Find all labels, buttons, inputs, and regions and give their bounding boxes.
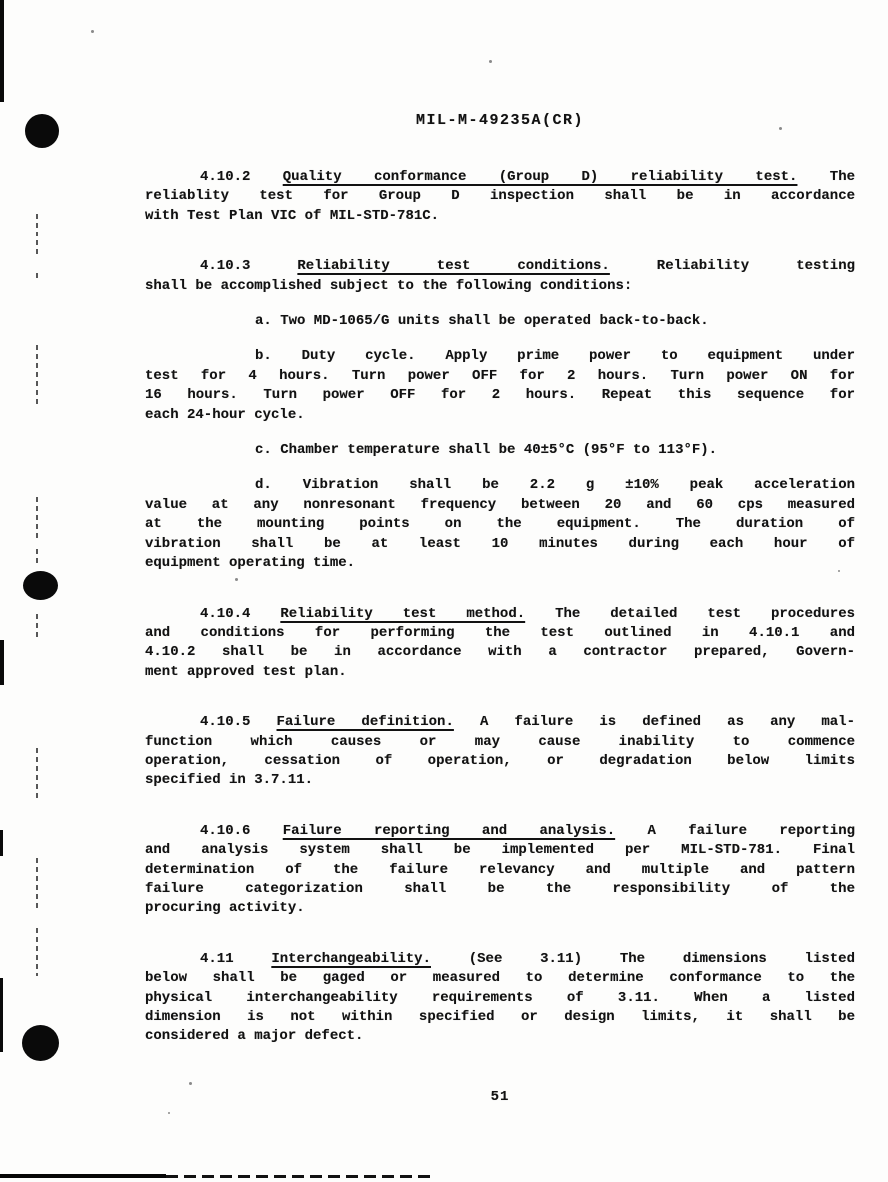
underlined-heading-text: Reliability test conditions.: [297, 258, 609, 274]
body-text: shall be accomplished subject to the fol…: [145, 278, 632, 294]
margin-tick: [36, 928, 38, 976]
underlined-heading-text: Quality conformance (Group D) reliabilit…: [283, 169, 798, 185]
body-text: ment approved test plan.: [145, 664, 347, 680]
text-line: vibration shall be at least 10 minutes d…: [145, 535, 855, 554]
scan-speck: [838, 570, 840, 572]
scan-speck: [235, 578, 238, 581]
text-line: ment approved test plan.: [145, 663, 855, 682]
document-page: MIL-M-49235A(CR) 4.10.2 Quality conforma…: [0, 0, 888, 1182]
scan-speck: [779, 127, 782, 130]
paragraph: a. Two MD-1065/G units shall be operated…: [145, 312, 855, 331]
page-edge-mark: [0, 0, 4, 102]
body-text: determination of the failure relevancy a…: [145, 862, 855, 878]
paragraph: 4.11 Interchangeability. (See 3.11) The …: [145, 950, 855, 1047]
body-text: reliablity test for Group D inspection s…: [145, 188, 855, 204]
text-line: reliablity test for Group D inspection s…: [145, 187, 855, 206]
body-text: Reliability testing: [610, 258, 855, 274]
page-edge-mark: [0, 978, 3, 1052]
body-text: 16 hours. Turn power OFF for 2 hours. Re…: [145, 387, 855, 403]
text-line: with Test Plan VIC of MIL-STD-781C.: [145, 207, 855, 226]
text-line: c. Chamber temperature shall be 40±5°C (…: [145, 441, 855, 460]
text-line: below shall be gaged or measured to dete…: [145, 969, 855, 988]
margin-tick: [36, 497, 38, 539]
text-line: and conditions for performing the test o…: [145, 624, 855, 643]
paragraph: b. Duty cycle. Apply prime power to equi…: [145, 347, 855, 425]
body-text: (See 3.11) The dimensions listed: [431, 951, 855, 967]
text-line: dimension is not within specified or des…: [145, 1008, 855, 1027]
hole-punch-mark: [25, 114, 59, 148]
body-text: 4.10.2 shall be in accordance with a con…: [145, 644, 855, 660]
text-line: 4.11 Interchangeability. (See 3.11) The …: [145, 950, 855, 969]
text-line: 4.10.2 shall be in accordance with a con…: [145, 643, 855, 662]
page-edge-mark: [0, 830, 3, 856]
paragraph: 4.10.5 Failure definition. A failure is …: [145, 713, 855, 791]
margin-tick: [36, 240, 38, 254]
body-text: vibration shall be at least 10 minutes d…: [145, 536, 855, 552]
text-line: 4.10.5 Failure definition. A failure is …: [145, 713, 855, 732]
page-edge-mark: [0, 640, 4, 685]
text-line: procuring activity.: [145, 899, 855, 918]
text-line: d. Vibration shall be 2.2 g ±10% peak ac…: [145, 476, 855, 495]
paragraph: 4.10.2 Quality conformance (Group D) rel…: [145, 168, 855, 226]
text-line: test for 4 hours. Turn power OFF for 2 h…: [145, 367, 855, 386]
body-text: physical interchangeability requirements…: [145, 990, 855, 1006]
body-text: at the mounting points on the equipment.…: [145, 516, 855, 532]
body-text: 4.11: [200, 951, 271, 967]
scan-speck: [489, 60, 492, 63]
underlined-heading-text: Reliability test method.: [280, 606, 525, 622]
body-text: 4.10.5: [200, 714, 277, 730]
body-text: and analysis system shall be implemented…: [145, 842, 855, 858]
footer-rule-dashed: [166, 1175, 432, 1178]
text-line: 4.10.2 Quality conformance (Group D) rel…: [145, 168, 855, 187]
text-line: physical interchangeability requirements…: [145, 989, 855, 1008]
body-text: below shall be gaged or measured to dete…: [145, 970, 855, 986]
body-text: operation, cessation of operation, or de…: [145, 753, 855, 769]
text-line: 4.10.6 Failure reporting and analysis. A…: [145, 822, 855, 841]
scan-speck: [91, 30, 94, 33]
margin-tick: [36, 614, 38, 640]
text-line: considered a major defect.: [145, 1027, 855, 1046]
underlined-heading-text: Interchangeability.: [271, 951, 431, 967]
document-id-header: MIL-M-49235A(CR): [145, 111, 855, 131]
footer-rule-solid: [0, 1174, 166, 1178]
text-line: 4.10.4 Reliability test method. The deta…: [145, 605, 855, 624]
body-text: dimension is not within specified or des…: [145, 1009, 855, 1025]
body-text: a. Two MD-1065/G units shall be operated…: [255, 313, 709, 329]
paragraph: d. Vibration shall be 2.2 g ±10% peak ac…: [145, 476, 855, 573]
text-line: value at any nonresonant frequency betwe…: [145, 496, 855, 515]
paragraph: 4.10.6 Failure reporting and analysis. A…: [145, 822, 855, 919]
text-line: function which causes or may cause inabi…: [145, 733, 855, 752]
text-line: at the mounting points on the equipment.…: [145, 515, 855, 534]
body-text: 4.10.3: [200, 258, 297, 274]
body-text: test for 4 hours. Turn power OFF for 2 h…: [145, 368, 855, 384]
body-text: function which causes or may cause inabi…: [145, 734, 855, 750]
body-text: procuring activity.: [145, 900, 305, 916]
paragraph: 4.10.4 Reliability test method. The deta…: [145, 605, 855, 683]
underlined-heading-text: Failure reporting and analysis.: [283, 823, 615, 839]
body-text: The: [797, 169, 855, 185]
body-text: c. Chamber temperature shall be 40±5°C (…: [255, 442, 717, 458]
body-text: b. Duty cycle. Apply prime power to equi…: [255, 348, 855, 364]
text-line: 4.10.3 Reliability test conditions. Reli…: [145, 257, 855, 276]
body-text: failure categorization shall be the resp…: [145, 881, 855, 897]
text-line: a. Two MD-1065/G units shall be operated…: [145, 312, 855, 331]
body-text: A failure reporting: [615, 823, 855, 839]
body-text: and conditions for performing the test o…: [145, 625, 855, 641]
margin-tick: [36, 273, 38, 281]
text-line: b. Duty cycle. Apply prime power to equi…: [145, 347, 855, 366]
margin-tick: [36, 748, 38, 798]
scan-speck: [168, 1112, 170, 1114]
text-line: operation, cessation of operation, or de…: [145, 752, 855, 771]
page-content: MIL-M-49235A(CR) 4.10.2 Quality conforma…: [145, 0, 855, 1105]
text-line: specified in 3.7.11.: [145, 771, 855, 790]
text-line: shall be accomplished subject to the fol…: [145, 277, 855, 296]
text-line: failure categorization shall be the resp…: [145, 880, 855, 899]
body-text: 4.10.6: [200, 823, 283, 839]
body-text: considered a major defect.: [145, 1028, 363, 1044]
body-text: A failure is defined as any mal-: [454, 714, 855, 730]
body-text: 4.10.2: [200, 169, 283, 185]
body-text: with Test Plan VIC of MIL-STD-781C.: [145, 208, 439, 224]
page-number: 51: [145, 1089, 855, 1105]
body-text: specified in 3.7.11.: [145, 772, 313, 788]
hole-punch-mark: [22, 1025, 59, 1061]
body-text: value at any nonresonant frequency betwe…: [145, 497, 855, 513]
text-line: determination of the failure relevancy a…: [145, 861, 855, 880]
hole-punch-mark: [23, 571, 58, 600]
scan-speck: [189, 1082, 192, 1085]
body-text: d. Vibration shall be 2.2 g ±10% peak ac…: [255, 477, 855, 493]
text-line: 16 hours. Turn power OFF for 2 hours. Re…: [145, 386, 855, 405]
body-paragraphs: 4.10.2 Quality conformance (Group D) rel…: [145, 168, 855, 1047]
body-text: The detailed test procedures: [525, 606, 855, 622]
text-line: equipment operating time.: [145, 554, 855, 573]
text-line: and analysis system shall be implemented…: [145, 841, 855, 860]
margin-tick: [36, 858, 38, 912]
body-text: 4.10.4: [200, 606, 280, 622]
text-line: each 24-hour cycle.: [145, 406, 855, 425]
paragraph: c. Chamber temperature shall be 40±5°C (…: [145, 441, 855, 460]
margin-tick: [36, 345, 38, 407]
margin-tick: [36, 549, 38, 563]
margin-tick: [36, 214, 38, 236]
body-text: each 24-hour cycle.: [145, 407, 305, 423]
underlined-heading-text: Failure definition.: [277, 714, 454, 730]
body-text: equipment operating time.: [145, 555, 355, 571]
paragraph: 4.10.3 Reliability test conditions. Reli…: [145, 257, 855, 296]
